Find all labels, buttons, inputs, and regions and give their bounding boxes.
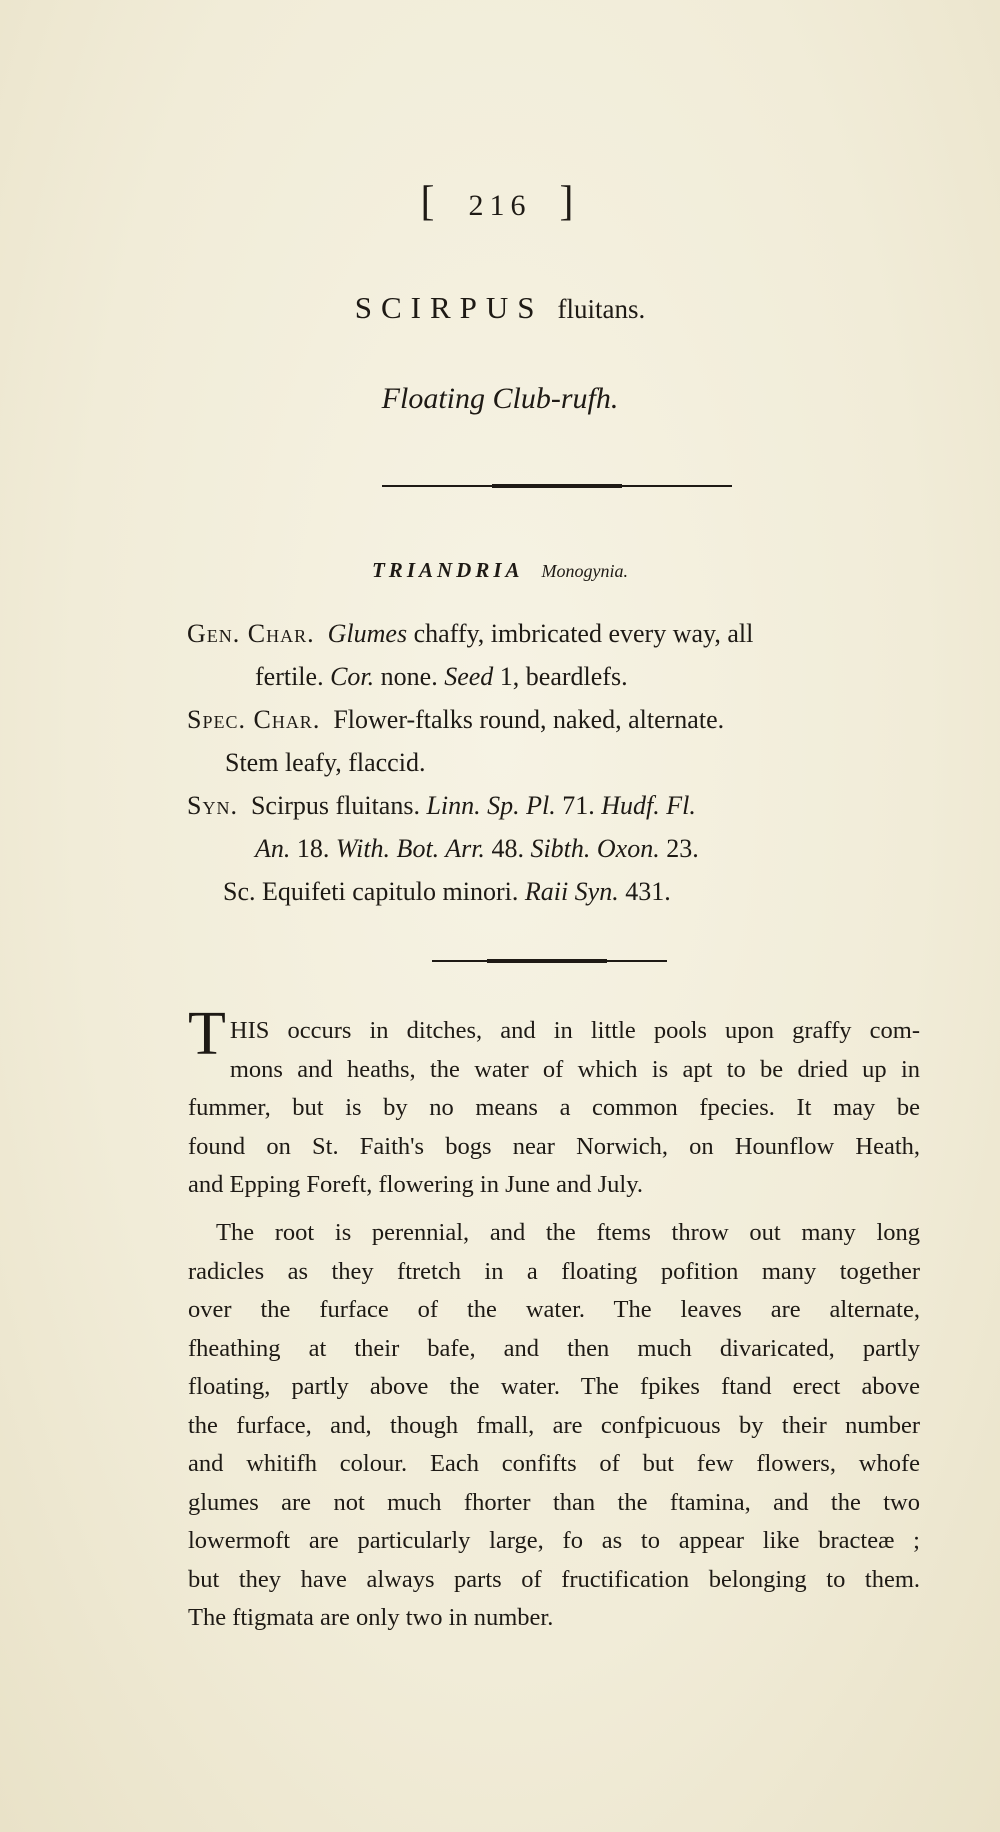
text: 48. <box>485 834 531 863</box>
ref: Raii Syn. <box>525 877 619 906</box>
book-page: [216] SCIRPUSfluitans. Floating Club-ruf… <box>0 0 1000 1832</box>
text: 23. <box>660 834 699 863</box>
linnaean-order: Monogynia. <box>542 561 628 581</box>
text-line: floating, partly above the water. The fp… <box>188 1368 920 1407</box>
text-line: but they have always parts of fructifica… <box>188 1561 920 1600</box>
text-line: glumes are not much fhorter than the fta… <box>188 1484 920 1523</box>
description-paragraph-2: The root is perennial, and the ftems thr… <box>188 1214 920 1638</box>
ref: Sibth. Oxon. <box>530 834 659 863</box>
genus-name: SCIRPUS <box>355 290 544 325</box>
text: Flower-ftalks round, naked, alternate. <box>333 705 724 734</box>
species-name: fluitans. <box>558 294 646 324</box>
term: Glumes <box>328 619 407 648</box>
label: Spec. Char. <box>187 705 320 734</box>
text-line: HIS occurs in ditches, and in little poo… <box>188 1012 920 1051</box>
open-bracket: [ <box>421 179 441 225</box>
text: 1, beardlefs. <box>493 662 627 691</box>
divider-rule <box>432 960 667 962</box>
text: chaffy, imbricated every way, all <box>407 619 753 648</box>
term: Seed <box>444 662 493 691</box>
generic-character: Gen. Char. Glumes chaffy, imbricated eve… <box>187 612 927 698</box>
specific-character: Spec. Char. Flower-ftalks round, naked, … <box>187 698 927 784</box>
text: 18. <box>290 834 336 863</box>
linnaean-class: TRIANDRIA <box>372 558 524 582</box>
text: Scirpus fluitans. <box>251 791 427 820</box>
text: none. <box>374 662 444 691</box>
text-line: mons and heaths, the water of which is a… <box>188 1051 920 1090</box>
text: 71. <box>556 791 602 820</box>
description-paragraph-1: T HIS occurs in ditches, and in little p… <box>188 1012 920 1205</box>
ref: Linn. Sp. Pl. <box>426 791 555 820</box>
ref: An. <box>255 834 290 863</box>
close-bracket: ] <box>560 179 580 225</box>
text-line: fheathing at their bafe, and then much d… <box>188 1330 920 1369</box>
synonyms: Syn. Scirpus fluitans. Linn. Sp. Pl. 71.… <box>187 784 927 913</box>
text-line: fummer, but is by no means a common fpec… <box>188 1089 920 1128</box>
text-line: and whitifh colour. Each confifts of but… <box>188 1445 920 1484</box>
text-line: found on St. Faith's bogs near Norwich, … <box>188 1128 920 1167</box>
page-number-value: 216 <box>469 189 532 222</box>
species-title: SCIRPUSfluitans. <box>0 290 1000 326</box>
classification: TRIANDRIAMonogynia. <box>0 558 1000 583</box>
text: 431. <box>619 877 671 906</box>
ref: With. Bot. Arr. <box>336 834 485 863</box>
text: Stem leafy, flaccid. <box>225 748 425 777</box>
text-line: The ftigmata are only two in number. <box>188 1599 920 1638</box>
divider-rule <box>382 485 732 487</box>
page-number: [216] <box>0 178 1000 226</box>
text-line: the furface, and, though fmall, are conf… <box>188 1407 920 1446</box>
common-name: Floating Club-rufh. <box>0 382 1000 416</box>
drop-cap: T <box>188 1014 226 1054</box>
text-line: over the furface of the water. The leave… <box>188 1291 920 1330</box>
term: Cor. <box>330 662 374 691</box>
text-line: and Epping Foreft, flowering in June and… <box>188 1166 920 1205</box>
text-line: The root is perennial, and the ftems thr… <box>188 1214 920 1253</box>
text: Sc. Equifeti capitulo minori. <box>223 877 525 906</box>
label: Gen. Char. <box>187 619 315 648</box>
ref: Hudf. Fl. <box>601 791 696 820</box>
label: Syn. <box>187 791 238 820</box>
text: fertile. <box>255 662 330 691</box>
text-line: lowermoft are particularly large, fo as … <box>188 1522 920 1561</box>
text-line: radicles as they ftretch in a floating p… <box>188 1253 920 1292</box>
